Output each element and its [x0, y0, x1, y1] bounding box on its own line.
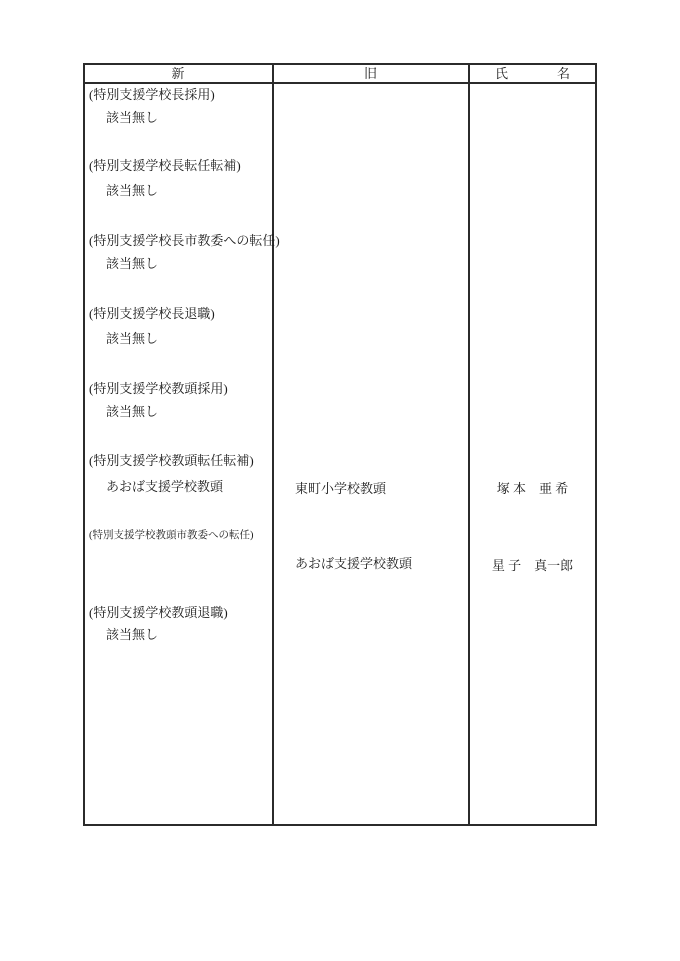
column-header-new: 新	[85, 65, 274, 82]
section-6-old-value: 東町小学校教頭	[295, 481, 386, 496]
section-3-new-value: 該当無し	[106, 256, 158, 271]
section-7-person-name: 星 子 真一郎	[470, 558, 595, 573]
section-6-person-name: 塚 本 亜 希	[470, 481, 595, 496]
section-7-heading: (特別支援学校教頭市教委への転任)	[89, 529, 254, 542]
document-page: 新 旧 氏 名 (特別支援学校長採用) 該当無し (特別支援学校長転任転補) 該…	[0, 0, 680, 961]
section-5-new-value: 該当無し	[106, 404, 158, 419]
section-3-heading: (特別支援学校長市教委への転任)	[89, 233, 280, 248]
column-old-cell: 東町小学校教頭 あおば支援学校教頭	[274, 84, 470, 824]
section-6-heading: (特別支援学校教頭転任転補)	[89, 453, 254, 468]
name-header-left-char: 氏	[495, 65, 508, 82]
section-8-new-value: 該当無し	[106, 627, 158, 642]
section-6-new-value: あおば支援学校教頭	[106, 479, 223, 494]
personnel-change-table: 新 旧 氏 名 (特別支援学校長採用) 該当無し (特別支援学校長転任転補) 該…	[83, 63, 597, 826]
column-name-cell: 塚 本 亜 希 星 子 真一郎	[470, 84, 595, 824]
section-1-new-value: 該当無し	[106, 110, 158, 125]
column-header-name: 氏 名	[470, 65, 595, 82]
section-8-heading: (特別支援学校教頭退職)	[89, 605, 228, 620]
name-header-right-char: 名	[557, 65, 570, 82]
table-body: (特別支援学校長採用) 該当無し (特別支援学校長転任転補) 該当無し (特別支…	[85, 84, 595, 824]
section-4-heading: (特別支援学校長退職)	[89, 306, 215, 321]
table-header-row: 新 旧 氏 名	[85, 65, 595, 84]
column-new-cell: (特別支援学校長採用) 該当無し (特別支援学校長転任転補) 該当無し (特別支…	[85, 84, 274, 824]
section-1-heading: (特別支援学校長採用)	[89, 87, 215, 102]
section-7-old-value: あおば支援学校教頭	[295, 556, 412, 571]
column-header-old: 旧	[274, 65, 470, 82]
section-4-new-value: 該当無し	[106, 331, 158, 346]
section-5-heading: (特別支援学校教頭採用)	[89, 381, 228, 396]
section-2-new-value: 該当無し	[106, 183, 158, 198]
section-2-heading: (特別支援学校長転任転補)	[89, 158, 241, 173]
